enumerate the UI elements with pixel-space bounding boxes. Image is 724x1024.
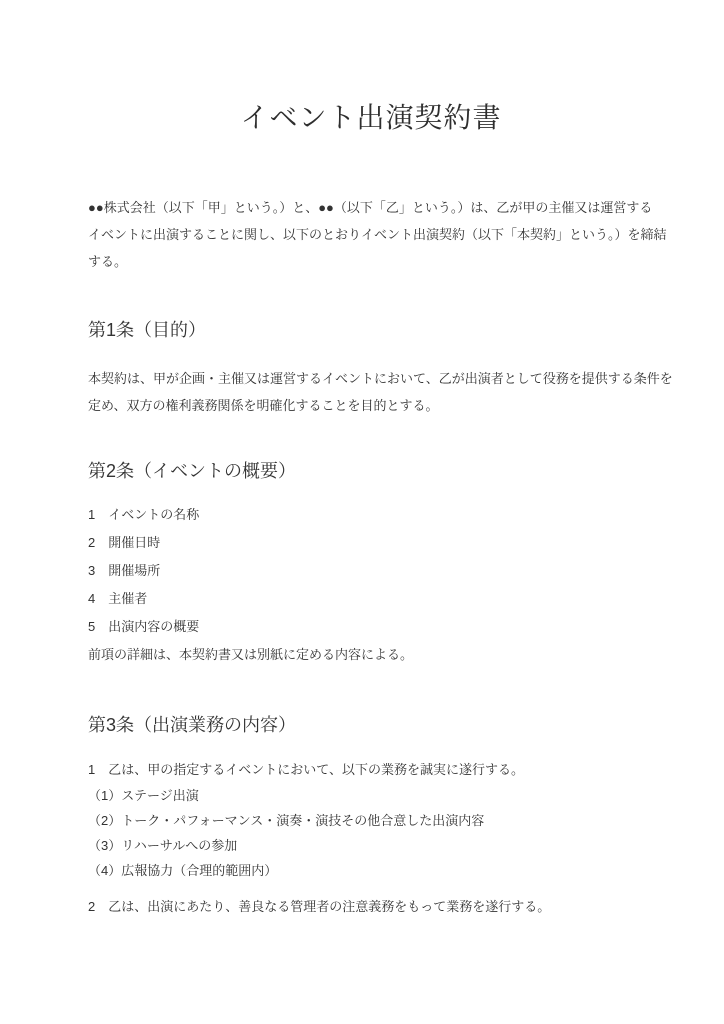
article-1-heading: 第1条（目的） (88, 317, 654, 344)
article-2-note: 前項の詳細は、本契約書又は別紙に定める内容による。 (88, 641, 654, 668)
article-3-clause-1: 1 乙は、甲の指定するイベントにおいて、以下の業務を誠実に遂行する。 (88, 756, 654, 783)
list-item: 1 イベントの名称 (88, 501, 654, 529)
article-1-paragraph: 本契約は、甲が企画・主催又は運営するイベントにおいて、乙が出演者として役務を提供… (88, 365, 654, 419)
clause-line: 2 乙は、出演にあたり、善良なる管理者の注意義務をもって業務を遂行する。 (88, 893, 654, 920)
article-3-subitem-list: （1）ステージ出演 （2）トーク・パフォーマンス・演奏・演技その他合意した出演内… (88, 783, 654, 883)
contract-document-page: イベント出演契約書 ●●株式会社（以下「甲」という。）と、●●（以下「乙」という… (0, 0, 724, 1024)
preamble-paragraph: ●●株式会社（以下「甲」という。）と、●●（以下「乙」という。）は、乙が甲の主催… (88, 194, 654, 275)
article-1-section: 第1条（目的） 本契約は、甲が企画・主催又は運営するイベントにおいて、乙が出演者… (88, 317, 654, 419)
preamble-line: する。 (88, 248, 654, 275)
list-item: 4 主催者 (88, 585, 654, 613)
list-item: 5 出演内容の概要 (88, 613, 654, 641)
article-1-line: 定め、双方の権利義務関係を明確化することを目的とする。 (88, 392, 654, 419)
article-2-item-list: 1 イベントの名称 2 開催日時 3 開催場所 4 主催者 5 出演内容の概要 (88, 501, 654, 641)
article-2-heading: 第2条（イベントの概要） (88, 458, 654, 485)
preamble-line: イベントに出演することに関し、以下のとおりイベント出演契約（以下「本契約」という… (88, 221, 654, 248)
article-1-line: 本契約は、甲が企画・主催又は運営するイベントにおいて、乙が出演者として役務を提供… (88, 365, 654, 392)
article-3-clause-2: 2 乙は、出演にあたり、善良なる管理者の注意義務をもって業務を遂行する。 (88, 893, 654, 920)
article-2-section: 第2条（イベントの概要） 1 イベントの名称 2 開催日時 3 開催場所 4 主… (88, 458, 654, 668)
article-2-note-line: 前項の詳細は、本契約書又は別紙に定める内容による。 (88, 641, 654, 668)
article-3-section: 第3条（出演業務の内容） 1 乙は、甲の指定するイベントにおいて、以下の業務を誠… (88, 712, 654, 920)
preamble-line: ●●株式会社（以下「甲」という。）と、●●（以下「乙」という。）は、乙が甲の主催… (88, 194, 654, 221)
sub-item: （1）ステージ出演 (88, 783, 654, 808)
sub-item: （3）リハーサルへの参加 (88, 833, 654, 858)
list-item: 2 開催日時 (88, 529, 654, 557)
document-title: イベント出演契約書 (88, 98, 654, 138)
article-3-heading: 第3条（出演業務の内容） (88, 712, 654, 739)
list-item: 3 開催場所 (88, 557, 654, 585)
clause-line: 1 乙は、甲の指定するイベントにおいて、以下の業務を誠実に遂行する。 (88, 756, 654, 783)
sub-item: （4）広報協力（合理的範囲内） (88, 858, 654, 883)
sub-item: （2）トーク・パフォーマンス・演奏・演技その他合意した出演内容 (88, 808, 654, 833)
